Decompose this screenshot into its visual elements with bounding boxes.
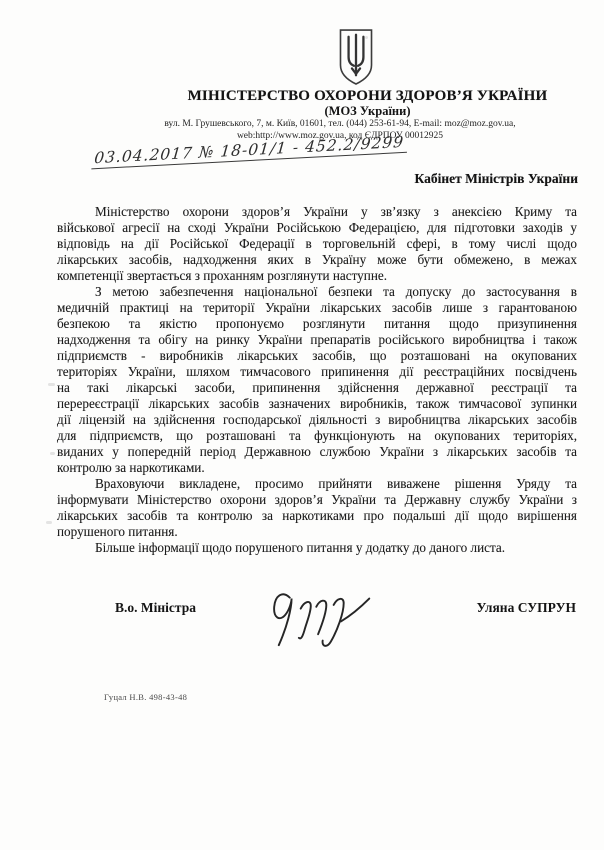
executor-contact: Гуцал Н.В. 498-43-48 [104,692,187,702]
body-paragraph: З метою забезпечення національної безпек… [57,284,577,476]
scan-artifact [50,452,55,455]
paragraph-line: військової агресії на сході України Росі… [57,220,577,236]
recipient-name: Кабінет Міністрів України [414,171,578,187]
scanned-letter-page: МІНІСТЕРСТВО ОХОРОНИ ЗДОРОВ’Я УКРАЇНИ (М… [0,0,604,850]
paragraph-line: Міністерство охорони здоров’я України у … [57,204,577,220]
paragraph-line: лікарських засобів, надходження яких в У… [57,252,577,268]
scan-artifact [365,36,368,39]
signer-position: В.о. Міністра [115,600,196,616]
paragraph-line: компетенції звертається з проханням розг… [57,268,577,284]
paragraph-line: контролю за наркотиками. [57,460,577,476]
body-paragraph: Більше інформації щодо порушеного питанн… [57,540,577,556]
letter-body: Міністерство охорони здоров’я України у … [57,204,577,556]
paragraph-line: перереєстрації лікарських засобів зазнач… [57,396,577,412]
paragraph-line: інформувати Міністерство охорони здоров’… [57,492,577,508]
body-paragraph: Враховуючи викладене, просимо прийняти в… [57,476,577,540]
paragraph-line: дії ліцензій на здійснення господарської… [57,412,577,428]
scan-artifact [48,383,55,386]
paragraph-line: відповідь на дії Російської Федерації в … [57,236,577,252]
signer-name: Уляна СУПРУН [477,600,576,616]
paragraph-line: Більше інформації щодо порушеного питанн… [57,540,577,556]
paragraph-line: Враховуючи викладене, просимо прийняти в… [57,476,577,492]
paragraph-line: підприємств - виробників лікарських засо… [57,348,577,364]
paragraph-line: на такі лікарські засоби, припинення зді… [57,380,577,396]
body-paragraph: Міністерство охорони здоров’я України у … [57,204,577,284]
ministry-subtitle: (МОЗ України) [130,104,604,119]
paragraph-line: безпекою та якістю пропонуємо розглянути… [57,316,577,332]
ministry-title: МІНІСТЕРСТВО ОХОРОНИ ЗДОРОВ’Я УКРАЇНИ [130,88,604,105]
paragraph-line: територіях України, шляхом тимчасового п… [57,364,577,380]
paragraph-line: З метою забезпечення національної безпек… [57,284,577,300]
paragraph-line: медичній практиці на території України л… [57,300,577,316]
paragraph-line: для підприємств, що розташовані та функц… [57,428,577,444]
ukraine-coat-of-arms-icon [332,28,380,86]
paragraph-line: надходження та обігу на ринку України пр… [57,332,577,348]
handwritten-signature-icon [263,583,375,647]
address-line-1: вул. М. Грушевського, 7, м. Київ, 01601,… [75,118,604,130]
paragraph-line: порушеного питання. [57,524,577,540]
paragraph-line: лікарських засобів та контролю за наркот… [57,508,577,524]
scan-artifact [46,521,52,524]
paragraph-line: виданих у попередній період Державною сл… [57,444,577,460]
